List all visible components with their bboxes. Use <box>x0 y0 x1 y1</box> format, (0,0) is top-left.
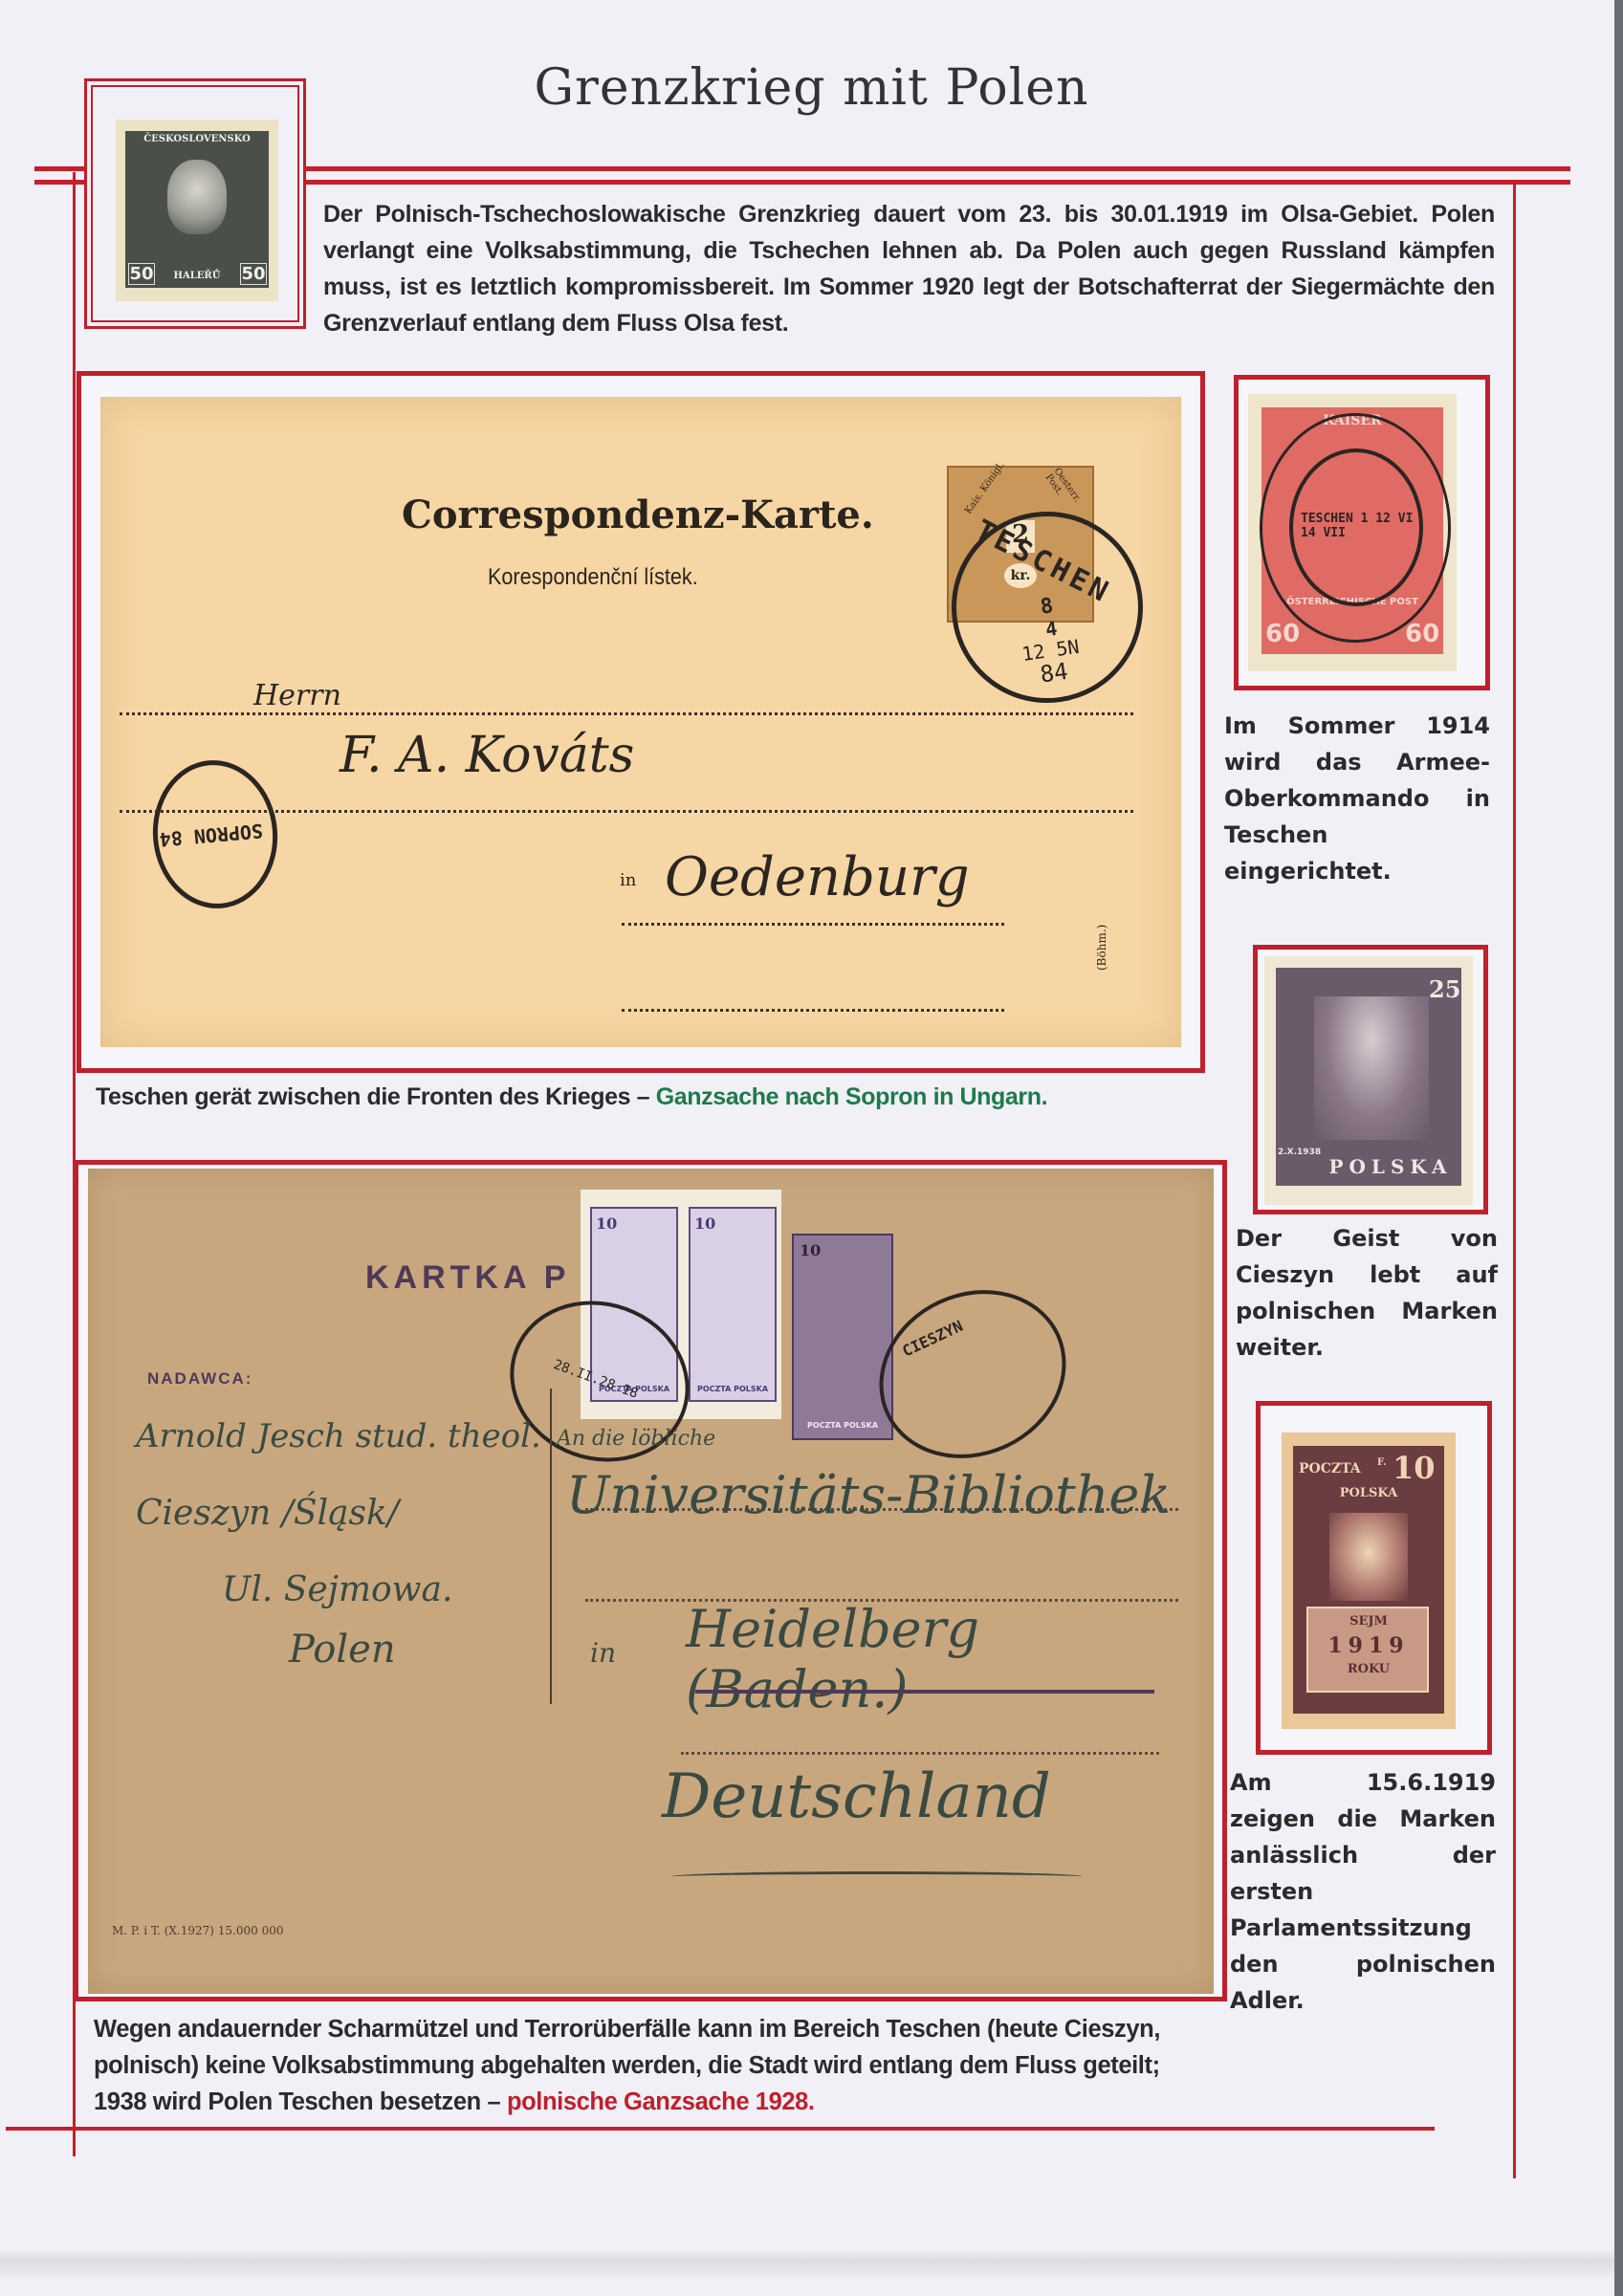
country-wavy-underline <box>671 1871 1083 1882</box>
address-line-2 <box>120 810 1133 813</box>
region-note: (Böhm.) <box>1095 925 1108 971</box>
stamp-roku: ROKU <box>1293 1662 1444 1676</box>
imprint-stamp-10gr: 10 POCZTA POLSKA <box>792 1234 893 1440</box>
sender-label: NADAWCA: <box>147 1369 252 1389</box>
stamp-year: 1919 <box>1293 1633 1444 1658</box>
page-sleeve-edge <box>0 2249 1623 2278</box>
address-line-3 <box>622 923 1004 926</box>
address-line-1 <box>120 712 1133 715</box>
postmark-1914-text: TESCHEN 1 12 VI 14 VII <box>1301 512 1425 540</box>
address-city: Heidelberg (Baden.) <box>686 1599 1214 1719</box>
address-recipient: Universitäts-Bibliothek <box>566 1465 1171 1525</box>
card1-caption: Teschen gerät zwischen die Fronten des K… <box>96 1083 1047 1111</box>
stamp-10gr-2: 10 POCZTA POLSKA <box>689 1207 777 1402</box>
card2-caption: Wegen andauernder Scharmützel und Terror… <box>94 2011 1208 2120</box>
postmark-year: 84 <box>1039 658 1070 689</box>
imprint-country: POCZTA POLSKA <box>794 1421 891 1430</box>
stamp-value-right: 60 <box>1405 620 1439 648</box>
stamp-year: 2.X.1938 <box>1278 1148 1321 1157</box>
imprint-label-left: Kais. Königl. <box>963 460 1007 516</box>
handwritten-addressee: F. A. Kováts <box>340 727 634 784</box>
card1-title: Correspondenz-Karte. <box>402 492 874 537</box>
stamp-masaryk: ČESKOSLOVENSKO 50 HALEŘŮ 50 <box>116 120 278 301</box>
stamp-country-label: ČESKOSLOVENSKO <box>125 134 269 144</box>
sender-country: Polen <box>289 1628 396 1672</box>
card2-title: KARTKA P <box>365 1259 570 1297</box>
postmark-date: 28.II.28 18 <box>552 1357 641 1402</box>
portrait-masaryk <box>167 160 227 234</box>
stamp-austria-60: KAISER ÖSTERREICHISCHE POST 60 60 TESCHE… <box>1248 394 1457 671</box>
stamp-polska-1919: POCZTA F. 10 POLSKA SEJM 1919 ROKU <box>1282 1432 1456 1729</box>
stamp-value: 10 <box>1393 1450 1436 1486</box>
stamp-figures <box>1314 996 1429 1140</box>
eagle-icon <box>1329 1513 1408 1601</box>
card1-caption-main: Teschen gerät zwischen die Fronten des K… <box>96 1083 656 1110</box>
stamp-value-left: 50 <box>128 263 155 285</box>
postmark-sopron-text: SOPRON 84 <box>159 820 264 851</box>
postmark-date-day: 8 <box>1039 594 1055 620</box>
stamp-sejm: SEJM <box>1293 1614 1444 1629</box>
stamp-value: 10 <box>694 1214 715 1233</box>
stamp-currency: HALEŘŮ <box>159 271 235 281</box>
footer-rule <box>6 2127 1435 2131</box>
place-prefix: in <box>590 1637 616 1669</box>
intro-text: Der Polnisch-Tschechoslowakische Grenzkr… <box>323 196 1495 341</box>
card2-caption-highlight: polnische Ganzsache 1928. <box>507 2088 815 2115</box>
sender-city: Cieszyn /Śląsk/ <box>136 1494 399 1533</box>
stamp-value: 25 <box>1429 975 1460 1003</box>
address-line-3 <box>681 1752 1159 1755</box>
postmark-town: CIESZYN <box>899 1317 965 1361</box>
side-text-1919: Am 15.6.1919 zeigen die Marken anlässlic… <box>1230 1764 1496 2019</box>
frame-right-line <box>1513 180 1516 2178</box>
sender-street: Ul. Sejmowa. <box>222 1570 452 1609</box>
stamp-label-top: POCZTA <box>1299 1461 1361 1476</box>
postmark-teschen-1914: TESCHEN 1 12 VI 14 VII <box>1260 413 1451 643</box>
card2-divider <box>550 1389 552 1704</box>
imprint-value: 10 <box>800 1241 821 1259</box>
stamp-value: 10 <box>596 1214 617 1233</box>
address-line-4 <box>622 1009 1004 1012</box>
postcard-teschen-1884: Correspondenz-Karte. Korespondenční líst… <box>100 397 1181 1047</box>
place-prefix: in <box>620 870 636 890</box>
card2-imprint: M. P. i T. (X.1927) 15.000 000 <box>112 1924 284 1937</box>
page-binder-edge <box>1614 0 1623 2296</box>
stamp-polska-25: 25 2.X.1938 POLSKA <box>1264 956 1473 1205</box>
side-text-1914: Im Sommer 1914 wird das Armee-Oberkomman… <box>1224 708 1490 889</box>
stamp-value-right: 50 <box>240 263 267 285</box>
address-underline <box>695 1690 1154 1694</box>
stamp-frame-masaryk: ČESKOSLOVENSKO 50 HALEŘŮ 50 <box>84 78 306 329</box>
sender-name: Arnold Jesch stud. theol. <box>136 1417 541 1455</box>
stamp-label-bottom: POLSKA <box>1324 1155 1458 1178</box>
stamp-value-left: 60 <box>1265 620 1300 648</box>
postmark-sopron: SOPRON 84 <box>146 755 283 914</box>
card1-caption-highlight: Ganzsache nach Sopron in Ungarn. <box>656 1083 1048 1110</box>
handwritten-salutation: Herrn <box>253 679 341 712</box>
address-salutation: An die löbliche <box>557 1427 715 1451</box>
card1-subtitle: Korespondenční lístek. <box>488 564 698 591</box>
address-country: Deutschland <box>662 1761 1051 1832</box>
side-text-cieszyn: Der Geist von Cieszyn lebt auf polnische… <box>1236 1220 1498 1366</box>
stamp-unit: F. <box>1377 1457 1387 1468</box>
postcard-cieszyn-1928: KARTKA P NADAWCA: 10 POCZTA POLSKA 10 PO… <box>88 1169 1214 1994</box>
stamp-label-sub: POLSKA <box>1293 1486 1444 1500</box>
handwritten-place: Oedenburg <box>665 846 970 908</box>
stamp-country: POCZTA POLSKA <box>691 1385 775 1393</box>
